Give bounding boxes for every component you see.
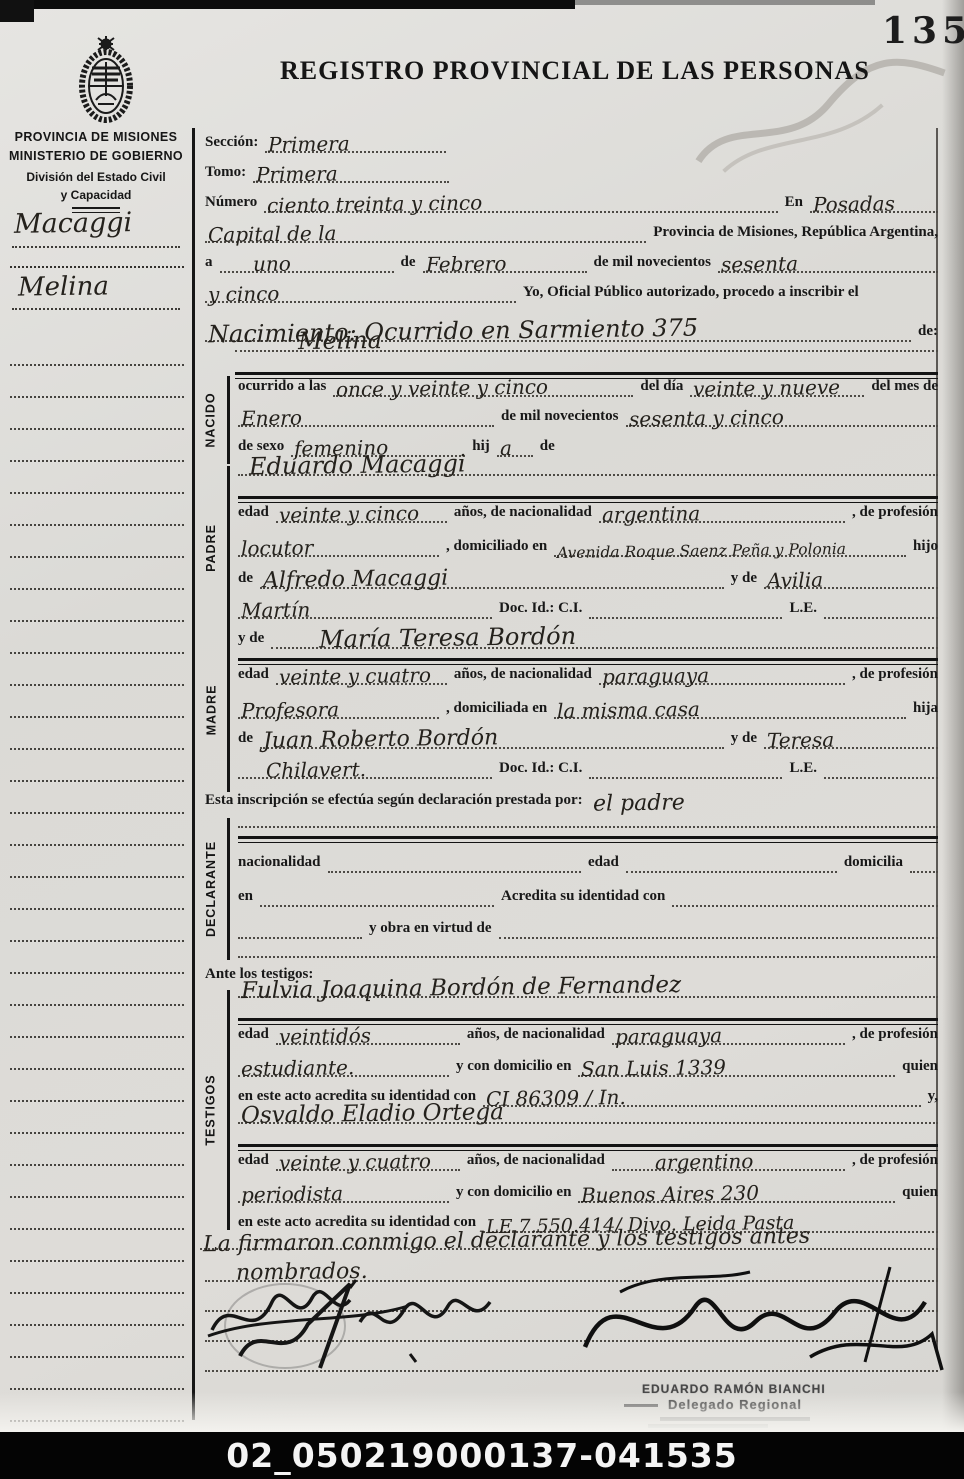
- paper-bottom-edge: [0, 1392, 964, 1432]
- section-madre: MADRE: [196, 628, 226, 792]
- padre-abuela-value: Avilia: [767, 568, 823, 593]
- margin-line: [10, 334, 184, 366]
- madre-yde2-label: y de: [731, 730, 757, 749]
- padre-domicilio-value: Avenida Roque Saenz Peña y Polonia: [557, 540, 846, 562]
- declaracion-line: el padre: [590, 805, 938, 811]
- padre-abuela2-value: Martín: [241, 598, 311, 623]
- padre-le-label: L.E.: [789, 600, 817, 619]
- anio1-value: sesenta: [721, 251, 798, 276]
- margin-line: [10, 942, 184, 974]
- declarante-obra-label: y obra en virtud de: [369, 920, 492, 939]
- margin-line: [10, 1198, 184, 1230]
- padre-yde-label: y de: [731, 570, 757, 589]
- section-madre-bar: [227, 628, 230, 792]
- padre-profesion-line: locutor: [238, 549, 439, 557]
- margin-line: [10, 782, 184, 814]
- section-nacido: NACIDO: [196, 376, 226, 464]
- declarante-obra-line2: [499, 931, 938, 939]
- margin-line: [10, 878, 184, 910]
- padre-nac-label: años, de nacionalidad: [454, 504, 592, 523]
- testigo2-nac-label: años, de nacionalidad: [467, 1152, 605, 1171]
- ocurrido-label: ocurrido a las: [238, 378, 326, 397]
- section-padre-bar: [227, 466, 230, 630]
- madre-nacionalidad-line: paraguaya: [599, 677, 845, 685]
- padre-prof-label: , de profesión: [852, 504, 938, 523]
- margin-line: [10, 1038, 184, 1070]
- hij-value: a: [500, 436, 512, 460]
- testigo2-nombre-line: Osvaldo Eladio Ortega: [238, 1116, 938, 1124]
- madre-abuela2-line: Chilavert.: [238, 771, 492, 779]
- testigo2-edad-value: veinte y cuatro: [279, 1149, 431, 1175]
- ink-bleed-marks: [671, 16, 964, 190]
- padre-edad-label: edad: [238, 504, 269, 523]
- oficial-text: Yo, Oficial Público autorizado, procedo …: [523, 284, 859, 303]
- hij-label: hij: [472, 438, 490, 457]
- madre-profesion-value: Profesora: [241, 697, 339, 722]
- padre-nacionalidad-line: argentina: [599, 515, 845, 523]
- madre-dom-label: , domiciliada en: [446, 700, 547, 719]
- madre-le-line: [824, 771, 938, 779]
- padre-edad-line: veinte y cinco: [276, 515, 447, 523]
- madre-edad-line: veinte y cuatro: [276, 677, 447, 685]
- hora-value: once y veinte y cinco: [336, 375, 548, 402]
- declaracion-valor: el padre: [592, 790, 684, 816]
- madre-hija-label: hija: [913, 700, 938, 719]
- section-nacido-label: NACIDO: [204, 392, 218, 447]
- margin-line: [10, 814, 184, 846]
- tomo-line: Primera: [253, 175, 449, 183]
- capital-line: Capital de la: [205, 235, 646, 243]
- margin-line: [10, 558, 184, 590]
- hora-line: once y veinte y cinco: [333, 389, 633, 397]
- seccion-label: Sección:: [205, 134, 258, 153]
- padre-hijo-label: hijo: [913, 538, 938, 557]
- section-testigos: TESTIGOS: [196, 990, 226, 1230]
- margin-line: [12, 246, 180, 248]
- sidebar-org-line3: División del Estado Civil: [6, 170, 186, 184]
- dia-nac-value: veinte y nueve: [693, 375, 840, 401]
- margin-line: [10, 1166, 184, 1198]
- declarante-edad-label: edad: [588, 854, 619, 873]
- madre-nacionalidad-value: paraguaya: [602, 663, 709, 688]
- footer-code: 02_050219000137-041535: [226, 1436, 737, 1475]
- margin-surname: Macaggi: [14, 207, 133, 240]
- testigo1-profesion-line: estudiante.: [238, 1069, 449, 1077]
- section-testigos-label: TESTIGOS: [204, 1074, 218, 1145]
- testigo2-prof-label: , de profesión: [852, 1152, 938, 1171]
- margin-line: [10, 494, 184, 526]
- padre-nombre-value: Eduardo Macaggi: [241, 449, 466, 480]
- margin-line: [10, 366, 184, 398]
- padre-domicilio-line: Avenida Roque Saenz Peña y Polonia: [554, 549, 906, 557]
- margin-line: [10, 1230, 184, 1262]
- tomo-label: Tomo:: [205, 164, 246, 183]
- margin-line: [10, 686, 184, 718]
- madre-de-label: de: [238, 730, 253, 749]
- testigo2-nacionalidad-value: argentino: [615, 1149, 754, 1175]
- form-left-border: [192, 128, 195, 1420]
- mes-line: Febrero: [423, 265, 587, 273]
- dia-value: uno: [222, 252, 290, 277]
- madre-abuelo-line: Juan Roberto Bordón: [260, 741, 724, 749]
- madre-nombre-line: María Teresa Bordón: [271, 641, 938, 649]
- section-padre-label: PADRE: [204, 524, 218, 572]
- testigo1-documento-line: CI 86309 / In.: [483, 1099, 921, 1107]
- margin-line: [10, 718, 184, 750]
- mes-value: Febrero: [425, 251, 506, 276]
- testigo1-quien-label: quien: [902, 1058, 938, 1077]
- scan-edge-strip-right: [575, 0, 875, 5]
- nombre-nacido-line: Melina: [235, 344, 938, 352]
- testigo2-domicilio-value: Buenos Aires 230: [581, 1181, 759, 1207]
- capital-value: Capital de la: [208, 221, 337, 247]
- section-declarante-bar: [227, 818, 230, 960]
- margin-line: [10, 1134, 184, 1166]
- testigo1-nacionalidad-value: paraguaya: [615, 1023, 722, 1048]
- testigo2-nacionalidad-line: argentino: [612, 1163, 845, 1171]
- seccion-value: Primera: [268, 131, 350, 156]
- margin-line: [10, 654, 184, 686]
- footer-bar: 02_050219000137-041535: [0, 1432, 964, 1479]
- madre-edad-value: veinte y cuatro: [279, 663, 431, 689]
- testigo1-profesion-value: estudiante.: [241, 1055, 355, 1081]
- declarante-acredita-line: [672, 899, 938, 907]
- padre-nombre-line: Eduardo Macaggi: [238, 468, 938, 476]
- declarante-domicilia-line: [910, 865, 938, 873]
- declarante-extra-line: [238, 950, 938, 958]
- anio2-value: y cinco: [208, 282, 280, 307]
- scan-edge-strip: [0, 0, 575, 9]
- margin-line: [10, 1006, 184, 1038]
- testigo1-prof-label: , de profesión: [852, 1026, 938, 1045]
- de-nac-label: de: [540, 438, 555, 457]
- madre-profesion-line: Profesora: [238, 711, 439, 719]
- tomo-value: Primera: [256, 161, 338, 186]
- padre-abuela-line: Avilia: [764, 581, 938, 589]
- dia-nac-line: veinte y nueve: [690, 389, 864, 397]
- signature-delegate: [560, 1252, 950, 1377]
- madre-nac-label: años, de nacionalidad: [454, 666, 592, 685]
- scanned-birth-record: 135 REGISTRO PROVINCIAL DE LAS PERSONAS …: [0, 0, 964, 1479]
- margin-lines: [10, 334, 184, 1479]
- margin-line: [12, 308, 180, 310]
- madre-yde-label: y de: [238, 630, 264, 649]
- numero-label: Número: [205, 194, 257, 213]
- madre-ci-line: [589, 771, 782, 779]
- margin-line: [10, 266, 184, 268]
- de-final-label: de:: [918, 323, 938, 342]
- testigo2-profesion-line: periodista: [238, 1195, 449, 1203]
- coat-of-arms-icon: [72, 34, 140, 126]
- padre-edad-value: veinte y cinco: [279, 501, 419, 527]
- section-declarante-label: DECLARANTE: [204, 841, 218, 937]
- margin-line: [10, 398, 184, 430]
- testigo1-documento-value: CI 86309 / In.: [486, 1085, 626, 1111]
- double-rule: [238, 836, 938, 843]
- margin-line: [10, 1294, 184, 1326]
- testigo2-nombre-value: Osvaldo Eladio Ortega: [241, 1099, 504, 1129]
- declarante-edad-line: [626, 865, 837, 873]
- padre-le-line: [824, 611, 938, 619]
- madre-edad-label: edad: [238, 666, 269, 685]
- padre-nacionalidad-value: argentina: [602, 501, 701, 526]
- provincia-text: Provincia de Misiones, República Argenti…: [653, 224, 938, 243]
- margin-given-name: Melina: [18, 271, 109, 302]
- madre-domicilio-value: la misma casa: [557, 697, 700, 723]
- section-padre: PADRE: [196, 466, 226, 630]
- testigo2-dom-label: y con domicilio en: [456, 1184, 571, 1203]
- en-label: En: [785, 194, 803, 213]
- padre-abuela2-line: Martín: [238, 611, 492, 619]
- anio2-line: y cinco: [205, 295, 516, 303]
- margin-line: [10, 462, 184, 494]
- declaracion-texto: Esta inscripción se efectúa según declar…: [205, 792, 583, 811]
- novecientos-nac-label: de mil novecientos: [501, 408, 619, 427]
- a-label: a: [205, 254, 213, 273]
- margin-line: [10, 1262, 184, 1294]
- margin-line: [10, 430, 184, 462]
- mes-nac-value: Enero: [241, 406, 302, 431]
- dia-line: uno: [220, 265, 394, 273]
- margin-line: [10, 1070, 184, 1102]
- del-dia-label: del día: [640, 378, 683, 397]
- madre-abuela2-value: Chilavert.: [241, 757, 366, 783]
- margin-line: [10, 750, 184, 782]
- testigo1-nombre-value: Fulvia Joaquina Bordón de Fernandez: [241, 972, 682, 1004]
- ciudad-line: Posadas: [810, 205, 938, 213]
- mes-nac-line: Enero: [238, 419, 494, 427]
- margin-line: [10, 910, 184, 942]
- testigo1-edad-label: edad: [238, 1026, 269, 1045]
- sidebar-org-line1: PROVINCIA DE MISIONES: [6, 130, 186, 144]
- nombre-nacido-value: Melina: [238, 326, 382, 356]
- cierre-line1: La firmaron conmigo el declarante y los …: [200, 1242, 938, 1250]
- margin-line: [10, 622, 184, 654]
- signature-officiant: [200, 1258, 540, 1378]
- padre-dom-label: , domiciliado en: [446, 538, 547, 557]
- madre-abuela-line: Teresa: [764, 741, 938, 749]
- padre-ci-line: [589, 611, 782, 619]
- testigo2-quien-label: quien: [902, 1184, 938, 1203]
- hij-line: a: [497, 449, 533, 457]
- anio-nac-value: sesenta y cinco: [628, 405, 783, 431]
- testigo1-edad-line: veintidós: [276, 1037, 460, 1045]
- ciudad-value: Posadas: [813, 191, 895, 216]
- declarante-en-label: en: [238, 888, 253, 907]
- novecientos-label: de mil novecientos: [594, 254, 712, 273]
- testigo1-nombre-line: Fulvia Joaquina Bordón de Fernandez: [238, 990, 938, 998]
- margin-line: [10, 526, 184, 558]
- numero-value: ciento treinta y cinco: [267, 190, 482, 217]
- margin-line: [10, 590, 184, 622]
- section-madre-label: MADRE: [204, 685, 218, 736]
- anio-nac-line: sesenta y cinco: [626, 419, 939, 427]
- margin-line: [10, 1326, 184, 1358]
- testigo1-y-label: y,: [928, 1088, 938, 1107]
- declarante-acredita-label: Acredita su identidad con: [501, 888, 665, 907]
- sidebar-org-line4: y Capacidad: [6, 188, 186, 202]
- de-label: de: [401, 254, 416, 273]
- declarante-en-line: [260, 899, 494, 907]
- testigo1-dom-label: y con domicilio en: [456, 1058, 571, 1077]
- scan-corner-mark: [0, 0, 34, 22]
- sidebar-org-line2: MINISTERIO DE GOBIERNO: [6, 149, 186, 163]
- declarante-nacionalidad-line: [328, 865, 581, 873]
- testigo1-domicilio-value: San Luis 1339: [581, 1055, 726, 1081]
- del-mes-label: del mes de: [871, 378, 938, 397]
- madre-nombre-value: María Teresa Bordón: [274, 622, 576, 654]
- madre-le-label: L.E.: [789, 760, 817, 779]
- testigo1-nacionalidad-line: paraguaya: [612, 1037, 845, 1045]
- margin-line: [10, 974, 184, 1006]
- declarante-domicilia-label: domicilia: [844, 854, 903, 873]
- seccion-line: Primera: [265, 145, 446, 153]
- testigo2-profesion-value: periodista: [241, 1181, 343, 1206]
- madre-abuelo-value: Juan Roberto Bordón: [263, 725, 499, 753]
- section-testigos-bar: [227, 990, 230, 1230]
- margin-line: [10, 1358, 184, 1390]
- page-title: REGISTRO PROVINCIAL DE LAS PERSONAS: [280, 56, 870, 86]
- padre-doc-label: Doc. Id.: C.I.: [499, 600, 582, 619]
- madre-doc-label: Doc. Id.: C.I.: [499, 760, 582, 779]
- anio1-line: sesenta: [718, 265, 938, 273]
- testigo2-edad-label: edad: [238, 1152, 269, 1171]
- padre-abuelo-value: Alfredo Macaggi: [263, 566, 449, 594]
- madre-domicilio-line: la misma casa: [554, 711, 906, 719]
- numero-line: ciento treinta y cinco: [264, 205, 777, 213]
- padre-abuelo-line: Alfredo Macaggi: [260, 581, 724, 589]
- section-declarante: DECLARANTE: [196, 818, 226, 960]
- declarante-obra-line1: [238, 931, 362, 939]
- testigo1-domicilio-line: San Luis 1339: [578, 1069, 895, 1077]
- testigo1-edad-value: veintidós: [279, 1023, 371, 1048]
- testigo1-nac-label: años, de nacionalidad: [467, 1026, 605, 1045]
- margin-line: [10, 1102, 184, 1134]
- madre-abuela-value: Teresa: [767, 728, 835, 753]
- madre-prof-label: , de profesión: [852, 666, 938, 685]
- declarante-nacionalidad-label: nacionalidad: [238, 854, 321, 873]
- declarante-nombre-line: [238, 820, 938, 828]
- testigo2-edad-line: veinte y cuatro: [276, 1163, 460, 1171]
- margin-line: [10, 846, 184, 878]
- padre-de-label: de: [238, 570, 253, 589]
- section-nacido-bar: [227, 376, 230, 464]
- padre-profesion-value: locutor: [241, 535, 313, 560]
- testigo2-domicilio-line: Buenos Aires 230: [578, 1195, 895, 1203]
